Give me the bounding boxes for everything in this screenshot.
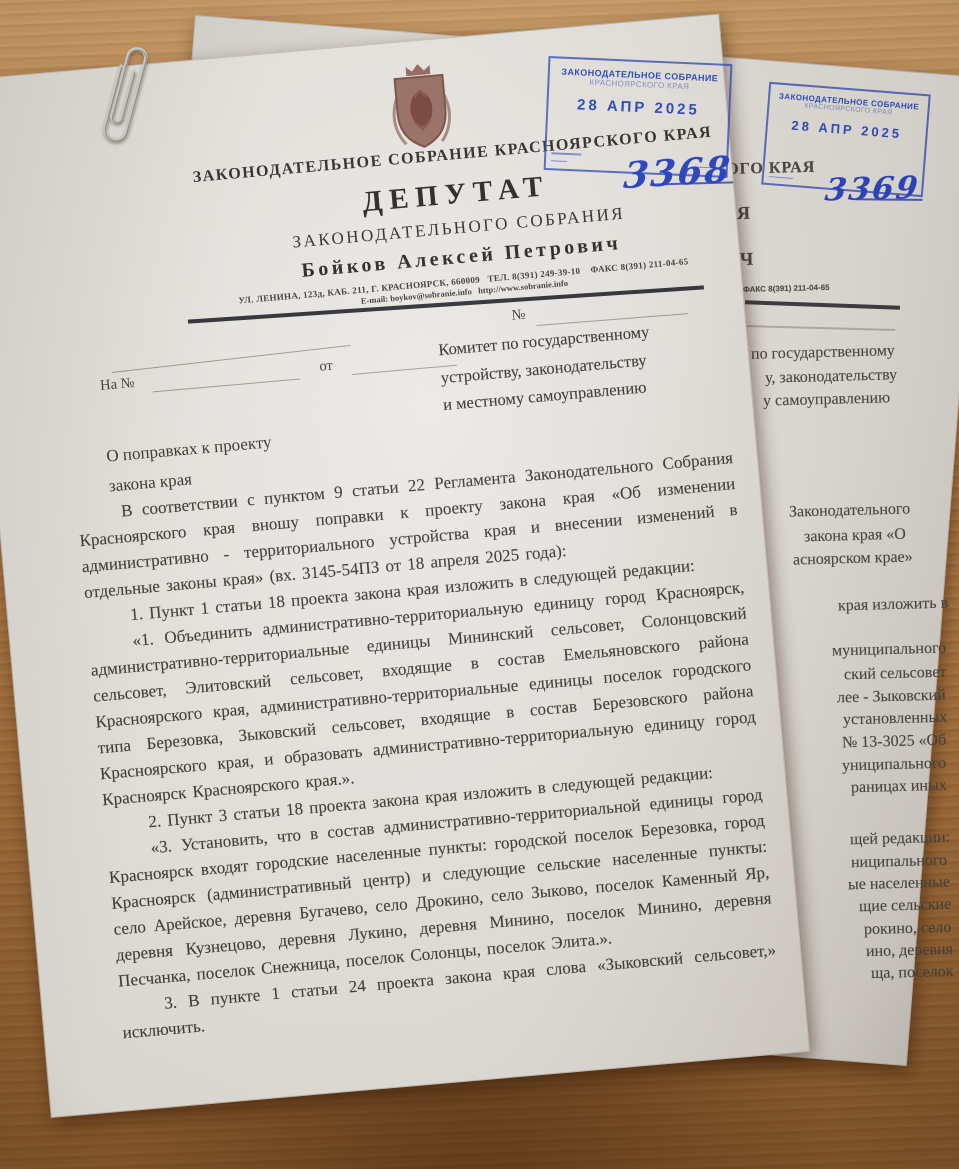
ref-number-label: На № [100, 375, 136, 395]
incoming-stamp-page1: ЗАКОНОДАТЕЛЬНОЕ СОБРАНИЕ КРАСНОЯРСКОГО К… [544, 56, 733, 178]
number-label: № [511, 307, 526, 325]
photo-of-documents-on-desk: КОГО КРАЯ ИЯ ИЧ ФАКС 8(391) 211-04-65 по… [0, 0, 959, 1169]
stamp-date: 28 АПР 2025 [548, 95, 729, 120]
blank-line [112, 345, 351, 373]
stamp-handwritten-number: 3368 [622, 148, 733, 197]
recipient-block: Комитет по государственному устройству, … [437, 314, 698, 418]
krasnoyarsk-coat-of-arms-icon [381, 60, 461, 160]
ref-date-label: от [319, 358, 334, 376]
stamp-small-mark [551, 152, 581, 155]
letter-body: В соответствии с пунктом 9 статьи 22 Рег… [76, 445, 779, 1046]
stamp-small-mark [551, 160, 567, 162]
ref-number-blank-line [153, 378, 301, 392]
